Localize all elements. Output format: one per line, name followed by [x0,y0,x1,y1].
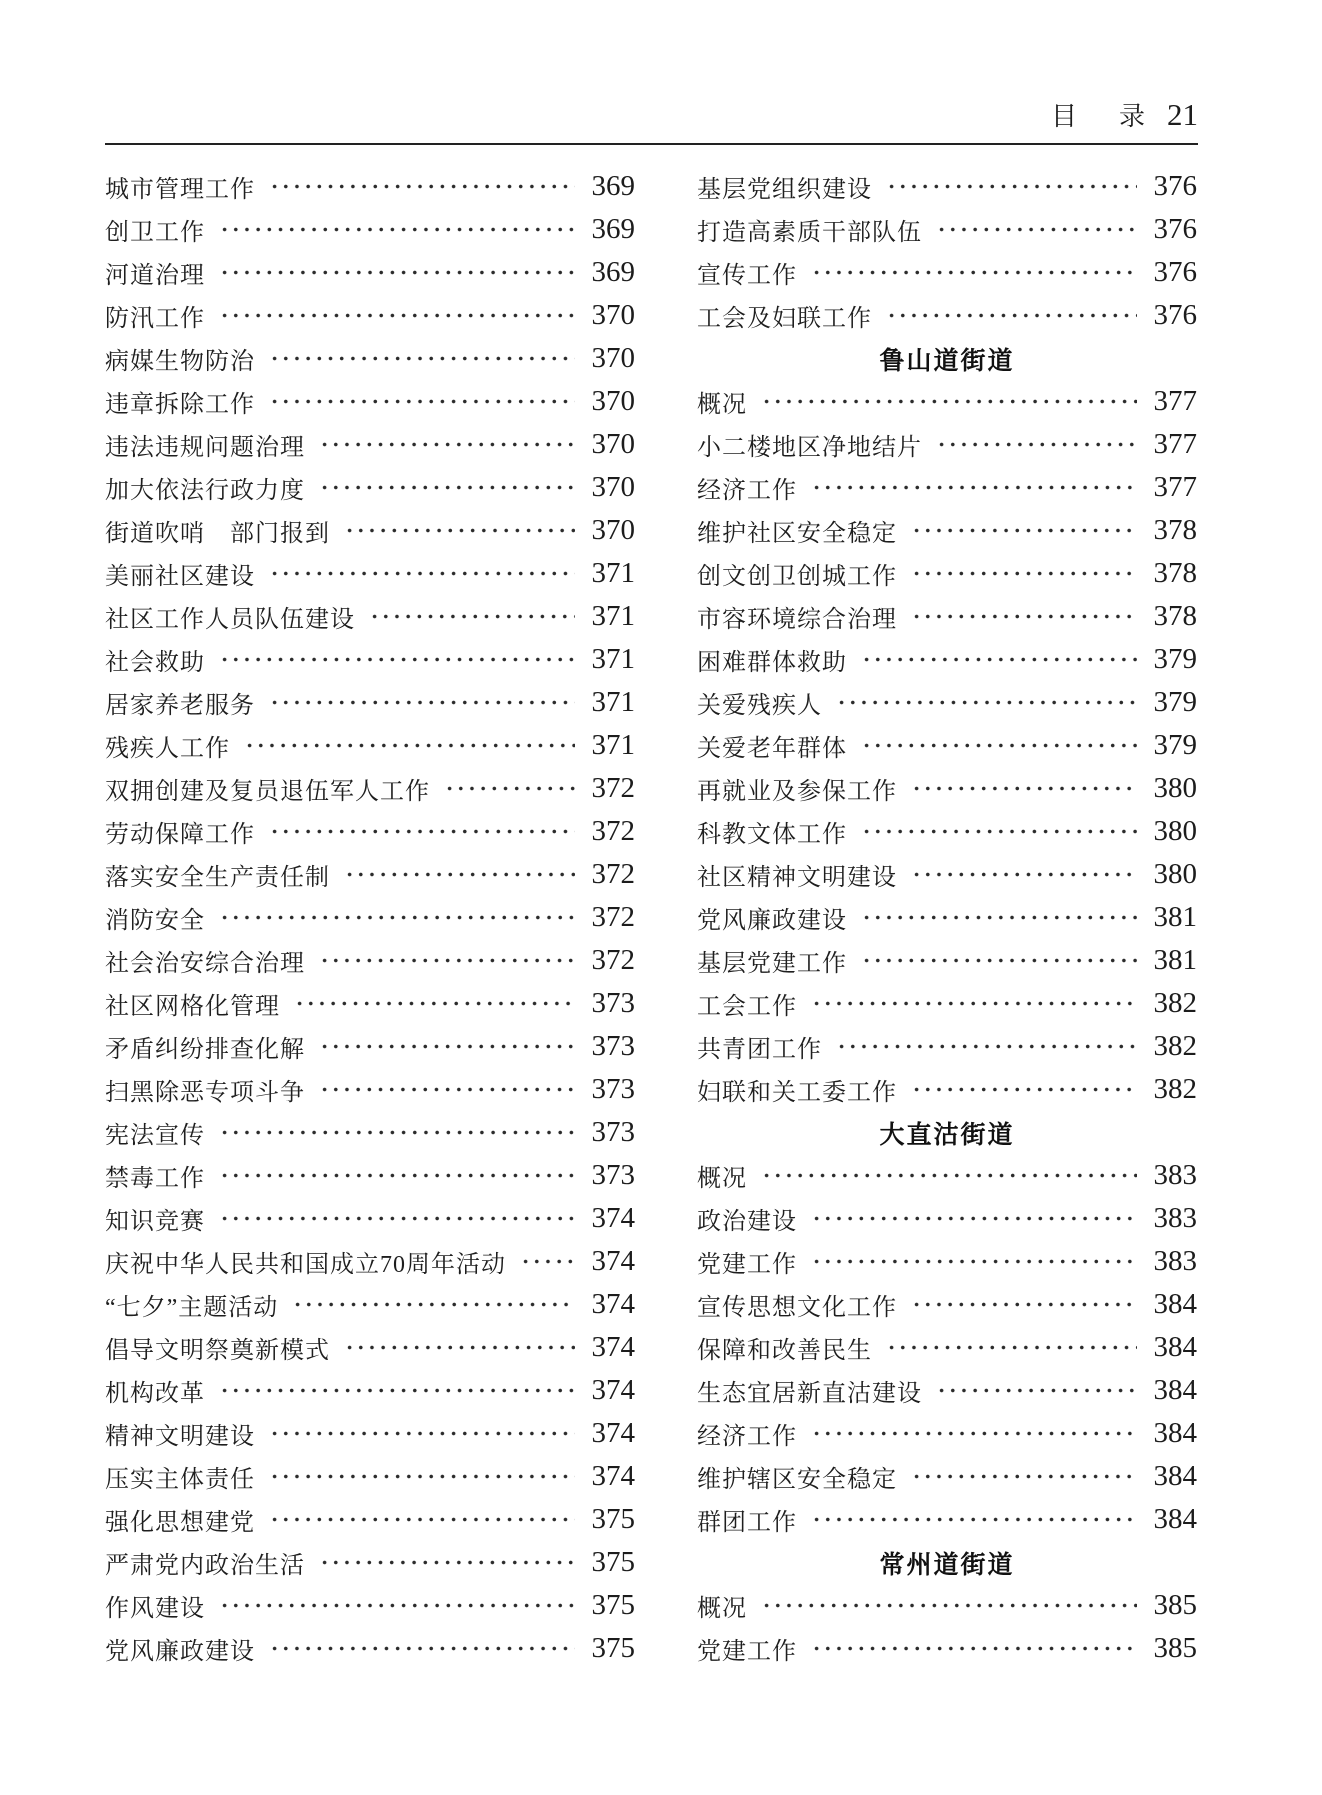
dot-leader [809,1240,1137,1283]
toc-entry-title: 打造高素质干部队伍 [697,212,922,247]
toc-entry-page: 375 [589,1546,635,1579]
toc-entry-title: 宣传思想文化工作 [697,1287,897,1322]
toc-entry-page: 384 [1151,1288,1197,1321]
toc-entry-page: 384 [1151,1331,1197,1364]
toc-entry-title: 共青团工作 [697,1029,822,1064]
toc-entry-page: 371 [589,557,635,590]
toc-entry: 违法违规问题治理 370 [105,423,635,466]
section-header: 常州道街道 [697,1541,1197,1584]
dot-leader [759,1154,1137,1197]
toc-entry-page: 382 [1151,1030,1197,1063]
dot-leader [217,1584,575,1627]
toc-entry-title: 基层党建工作 [697,943,847,978]
dot-leader [909,1068,1137,1111]
dot-leader [317,466,575,509]
toc-entry: 科教文体工作 380 [697,810,1197,853]
toc-entry-page: 374 [589,1374,635,1407]
toc-entry-page: 377 [1151,385,1197,418]
toc-entry-page: 379 [1151,686,1197,719]
dot-leader [267,1627,575,1670]
toc-entry-title: 创文创卫创城工作 [697,556,897,591]
toc-entry-title: 劳动保障工作 [105,814,255,849]
dot-leader [834,1025,1137,1068]
toc-entry: 经济工作 377 [697,466,1197,509]
toc-entry-title: 经济工作 [697,470,797,505]
section-header: 鲁山道街道 [697,337,1197,380]
toc-entry-title: 社区工作人员队伍建设 [105,599,355,634]
dot-leader [909,1455,1137,1498]
dot-leader [909,552,1137,595]
toc-entry-title: 党建工作 [697,1244,797,1279]
toc-entry-title: 概况 [697,384,747,419]
dot-leader [317,939,575,982]
section-header: 大直沽街道 [697,1111,1197,1154]
dot-leader [317,1025,575,1068]
toc-entry-title: 关爱残疾人 [697,685,822,720]
dot-leader [934,208,1137,251]
dot-leader [267,380,575,423]
toc-entry: 劳动保障工作 372 [105,810,635,853]
toc-entry-title: 防汛工作 [105,298,205,333]
toc-page: 目 录21 城市管理工作 369 创卫工作 369 河道治理 369 防汛工作 … [0,0,1322,1795]
toc-entry-page: 383 [1151,1245,1197,1278]
dot-leader [367,595,575,638]
dot-leader [217,1111,575,1154]
dot-leader [909,509,1137,552]
toc-entry: 打造高素质干部队伍 376 [697,208,1197,251]
toc-entry-page: 369 [589,256,635,289]
toc-entry-page: 380 [1151,858,1197,891]
toc-entry: 社会治安综合治理 372 [105,939,635,982]
dot-leader [809,1627,1137,1670]
toc-entry-page: 373 [589,1159,635,1192]
dot-leader [859,724,1137,767]
toc-entry: 关爱老年群体 379 [697,724,1197,767]
toc-entry: 禁毒工作 373 [105,1154,635,1197]
dot-leader [267,1455,575,1498]
toc-entry: 知识竞赛 374 [105,1197,635,1240]
dot-leader [809,1498,1137,1541]
toc-entry-title: 党风廉政建设 [697,900,847,935]
dot-leader [217,1369,575,1412]
toc-entry-title: 概况 [697,1158,747,1193]
header-rule [105,143,1198,145]
toc-column-left: 城市管理工作 369 创卫工作 369 河道治理 369 防汛工作 370 病媒… [105,165,635,1670]
toc-entry: 妇联和关工委工作 382 [697,1068,1197,1111]
toc-entry-title: 群团工作 [697,1502,797,1537]
toc-entry-page: 374 [589,1202,635,1235]
toc-entry-page: 373 [589,987,635,1020]
toc-entry: 概况 385 [697,1584,1197,1627]
dot-leader [217,1197,575,1240]
toc-entry-page: 372 [589,815,635,848]
toc-entry-title: 强化思想建党 [105,1502,255,1537]
toc-entry-title: 市容环境综合治理 [697,599,897,634]
toc-entry: 倡导文明祭奠新模式 374 [105,1326,635,1369]
toc-entry: 基层党组织建设 376 [697,165,1197,208]
toc-entry-page: 370 [589,342,635,375]
toc-entry-page: 374 [589,1245,635,1278]
toc-entry-title: 矛盾纠纷排查化解 [105,1029,305,1064]
toc-entry-title: 双拥创建及复员退伍军人工作 [105,771,430,806]
toc-entry-title: 落实安全生产责任制 [105,857,330,892]
dot-leader [267,552,575,595]
toc-entry-title: 加大依法行政力度 [105,470,305,505]
toc-entry: 创卫工作 369 [105,208,635,251]
toc-entry-page: 380 [1151,815,1197,848]
toc-entry: 党建工作 385 [697,1627,1197,1670]
toc-entry: 社区工作人员队伍建设 371 [105,595,635,638]
toc-entry: 保障和改善民生 384 [697,1326,1197,1369]
toc-entry-title: 创卫工作 [105,212,205,247]
toc-entry-page: 375 [589,1589,635,1622]
toc-entry: 社会救助 371 [105,638,635,681]
toc-entry-page: 371 [589,600,635,633]
toc-entry: 党风廉政建设 381 [697,896,1197,939]
toc-entry: 困难群体救助 379 [697,638,1197,681]
dot-leader [217,1154,575,1197]
toc-entry-page: 384 [1151,1374,1197,1407]
toc-entry-title: 压实主体责任 [105,1459,255,1494]
dot-leader [759,1584,1137,1627]
toc-entry: 城市管理工作 369 [105,165,635,208]
toc-entry: 双拥创建及复员退伍军人工作 372 [105,767,635,810]
toc-entry: 防汛工作 370 [105,294,635,337]
dot-leader [884,165,1137,208]
toc-entry-page: 377 [1151,471,1197,504]
toc-entry-title: 机构改革 [105,1373,205,1408]
dot-leader [342,853,575,896]
dot-leader [290,1283,575,1326]
toc-entry: 病媒生物防治 370 [105,337,635,380]
dot-leader [217,638,575,681]
dot-leader [317,1068,575,1111]
toc-entry: 市容环境综合治理 378 [697,595,1197,638]
toc-entry-page: 381 [1151,901,1197,934]
toc-entry: 作风建设 375 [105,1584,635,1627]
toc-entry-page: 370 [589,471,635,504]
toc-entry: 政治建设 383 [697,1197,1197,1240]
toc-entry-page: 369 [589,213,635,246]
dot-leader [859,810,1137,853]
toc-entry-page: 371 [589,686,635,719]
toc-entry: 严肃党内政治生活 375 [105,1541,635,1584]
dot-leader [317,1541,575,1584]
toc-entry: 落实安全生产责任制 372 [105,853,635,896]
dot-leader [518,1240,575,1283]
toc-entry-page: 382 [1151,1073,1197,1106]
toc-entry-page: 370 [589,299,635,332]
toc-entry: 街道吹哨 部门报到 370 [105,509,635,552]
toc-entry-title: 宣传工作 [697,255,797,290]
toc-entry-title: 社会治安综合治理 [105,943,305,978]
toc-entry-page: 370 [589,385,635,418]
dot-leader [809,1412,1137,1455]
toc-entry-page: 376 [1151,213,1197,246]
toc-entry-title: 城市管理工作 [105,169,255,204]
dot-leader [884,294,1137,337]
toc-entry-page: 380 [1151,772,1197,805]
toc-entry-title: 违法违规问题治理 [105,427,305,462]
toc-column-right: 基层党组织建设 376 打造高素质干部队伍 376 宣传工作 376 工会及妇联… [697,165,1197,1670]
toc-entry-page: 372 [589,901,635,934]
toc-entry: 关爱残疾人 379 [697,681,1197,724]
dot-leader [909,595,1137,638]
toc-entry: 扫黑除恶专项斗争 373 [105,1068,635,1111]
toc-entry-title: 庆祝中华人民共和国成立70周年活动 [105,1244,506,1279]
toc-entry-page: 378 [1151,600,1197,633]
toc-entry-title: 经济工作 [697,1416,797,1451]
toc-entry: 机构改革 374 [105,1369,635,1412]
toc-entry: 再就业及参保工作 380 [697,767,1197,810]
dot-leader [759,380,1137,423]
dot-leader [859,638,1137,681]
toc-entry-page: 376 [1151,299,1197,332]
toc-entry-page: 374 [589,1288,635,1321]
toc-entry-title: 精神文明建设 [105,1416,255,1451]
toc-entry-title: 再就业及参保工作 [697,771,897,806]
page-title: 目 录 [1051,102,1153,131]
toc-entry: 河道治理 369 [105,251,635,294]
dot-leader [834,681,1137,724]
toc-entry: 社区网格化管理 373 [105,982,635,1025]
toc-entry-page: 384 [1151,1503,1197,1536]
toc-entry-title: 概况 [697,1588,747,1623]
dot-leader [809,1197,1137,1240]
toc-entry-page: 370 [589,514,635,547]
dot-leader [442,767,575,810]
dot-leader [934,423,1137,466]
toc-entry: 社区精神文明建设 380 [697,853,1197,896]
toc-columns: 城市管理工作 369 创卫工作 369 河道治理 369 防汛工作 370 病媒… [105,165,1197,1670]
dot-leader [267,1412,575,1455]
toc-entry-title: 社区精神文明建设 [697,857,897,892]
toc-entry: 群团工作 384 [697,1498,1197,1541]
dot-leader [242,724,575,767]
toc-entry-title: 美丽社区建设 [105,556,255,591]
toc-entry: 消防安全 372 [105,896,635,939]
toc-entry: 基层党建工作 381 [697,939,1197,982]
toc-entry-page: 377 [1151,428,1197,461]
dot-leader [342,1326,575,1369]
toc-entry: “七夕”主题活动 374 [105,1283,635,1326]
toc-entry-title: 科教文体工作 [697,814,847,849]
toc-entry-title: 维护社区安全稳定 [697,513,897,548]
dot-leader [217,251,575,294]
toc-entry-title: 街道吹哨 部门报到 [105,513,330,548]
toc-entry: 维护辖区安全稳定 384 [697,1455,1197,1498]
toc-entry: 精神文明建设 374 [105,1412,635,1455]
toc-entry-title: 社会救助 [105,642,205,677]
toc-entry: 创文创卫创城工作 378 [697,552,1197,595]
toc-entry-title: 违章拆除工作 [105,384,255,419]
toc-entry: 居家养老服务 371 [105,681,635,724]
running-head: 目 录21 [105,96,1198,140]
dot-leader [292,982,575,1025]
dot-leader [217,208,575,251]
toc-entry-title: 困难群体救助 [697,642,847,677]
toc-entry: 概况 377 [697,380,1197,423]
toc-entry-title: 保障和改善民生 [697,1330,872,1365]
toc-entry-title: 党建工作 [697,1631,797,1666]
toc-entry-title: 居家养老服务 [105,685,255,720]
dot-leader [809,982,1137,1025]
toc-entry: 党建工作 383 [697,1240,1197,1283]
toc-entry-title: 妇联和关工委工作 [697,1072,897,1107]
toc-entry: 违章拆除工作 370 [105,380,635,423]
dot-leader [342,509,575,552]
toc-entry-page: 381 [1151,944,1197,977]
toc-entry-page: 385 [1151,1632,1197,1665]
toc-entry: 宪法宣传 373 [105,1111,635,1154]
toc-entry-page: 372 [589,858,635,891]
toc-entry-title: 工会工作 [697,986,797,1021]
toc-entry: 矛盾纠纷排查化解 373 [105,1025,635,1068]
toc-entry-page: 373 [589,1116,635,1149]
dot-leader [859,896,1137,939]
toc-entry-title: 党风廉政建设 [105,1631,255,1666]
toc-entry: 宣传工作 376 [697,251,1197,294]
toc-entry-title: 工会及妇联工作 [697,298,872,333]
toc-entry-page: 372 [589,944,635,977]
toc-entry-page: 373 [589,1073,635,1106]
toc-entry-page: 375 [589,1632,635,1665]
toc-entry-title: 倡导文明祭奠新模式 [105,1330,330,1365]
toc-entry-page: 385 [1151,1589,1197,1622]
dot-leader [809,251,1137,294]
folio-page-number: 21 [1167,97,1198,132]
toc-entry: 小二楼地区净地结片 377 [697,423,1197,466]
toc-entry-page: 374 [589,1417,635,1450]
dot-leader [909,767,1137,810]
toc-entry: 宣传思想文化工作 384 [697,1283,1197,1326]
dot-leader [267,1498,575,1541]
toc-entry: 压实主体责任 374 [105,1455,635,1498]
toc-entry: 维护社区安全稳定 378 [697,509,1197,552]
toc-entry: 工会及妇联工作 376 [697,294,1197,337]
toc-entry-page: 374 [589,1331,635,1364]
dot-leader [267,681,575,724]
dot-leader [217,294,575,337]
toc-entry-page: 382 [1151,987,1197,1020]
toc-entry-title: 作风建设 [105,1588,205,1623]
toc-entry-title: 残疾人工作 [105,728,230,763]
toc-entry-page: 374 [589,1460,635,1493]
toc-entry: 工会工作 382 [697,982,1197,1025]
toc-entry-page: 379 [1151,643,1197,676]
toc-entry: 概况 383 [697,1154,1197,1197]
toc-entry: 强化思想建党 375 [105,1498,635,1541]
toc-entry-page: 376 [1151,256,1197,289]
dot-leader [934,1369,1137,1412]
toc-entry: 残疾人工作 371 [105,724,635,767]
toc-entry-title: 社区网格化管理 [105,986,280,1021]
toc-entry-page: 384 [1151,1460,1197,1493]
toc-entry-title: 维护辖区安全稳定 [697,1459,897,1494]
toc-entry-title: 小二楼地区净地结片 [697,427,922,462]
toc-entry-page: 370 [589,428,635,461]
toc-entry: 美丽社区建设 371 [105,552,635,595]
toc-entry-title: 消防安全 [105,900,205,935]
toc-entry: 加大依法行政力度 370 [105,466,635,509]
toc-entry-page: 376 [1151,170,1197,203]
toc-entry-title: 河道治理 [105,255,205,290]
toc-entry-page: 378 [1151,557,1197,590]
dot-leader [809,466,1137,509]
toc-entry-page: 378 [1151,514,1197,547]
toc-entry-page: 371 [589,643,635,676]
toc-entry-title: 生态宜居新直沽建设 [697,1373,922,1408]
toc-entry-page: 372 [589,772,635,805]
toc-entry-title: 基层党组织建设 [697,169,872,204]
toc-entry-title: 关爱老年群体 [697,728,847,763]
toc-entry-title: “七夕”主题活动 [105,1287,278,1322]
toc-entry-title: 扫黑除恶专项斗争 [105,1072,305,1107]
dot-leader [884,1326,1137,1369]
toc-entry: 共青团工作 382 [697,1025,1197,1068]
toc-entry-title: 知识竞赛 [105,1201,205,1236]
toc-entry-page: 373 [589,1030,635,1063]
dot-leader [909,853,1137,896]
toc-entry-page: 369 [589,170,635,203]
dot-leader [859,939,1137,982]
toc-entry-title: 宪法宣传 [105,1115,205,1150]
toc-entry-page: 383 [1151,1159,1197,1192]
toc-entry-page: 375 [589,1503,635,1536]
toc-entry-page: 379 [1151,729,1197,762]
toc-entry: 经济工作 384 [697,1412,1197,1455]
toc-entry: 党风廉政建设 375 [105,1627,635,1670]
toc-entry-page: 383 [1151,1202,1197,1235]
dot-leader [909,1283,1137,1326]
toc-entry: 庆祝中华人民共和国成立70周年活动 374 [105,1240,635,1283]
toc-entry-title: 病媒生物防治 [105,341,255,376]
toc-entry-title: 严肃党内政治生活 [105,1545,305,1580]
toc-entry-page: 384 [1151,1417,1197,1450]
toc-entry-page: 371 [589,729,635,762]
dot-leader [267,337,575,380]
dot-leader [267,810,575,853]
dot-leader [317,423,575,466]
toc-entry-title: 政治建设 [697,1201,797,1236]
toc-entry: 生态宜居新直沽建设 384 [697,1369,1197,1412]
dot-leader [267,165,575,208]
toc-entry-title: 禁毒工作 [105,1158,205,1193]
dot-leader [217,896,575,939]
